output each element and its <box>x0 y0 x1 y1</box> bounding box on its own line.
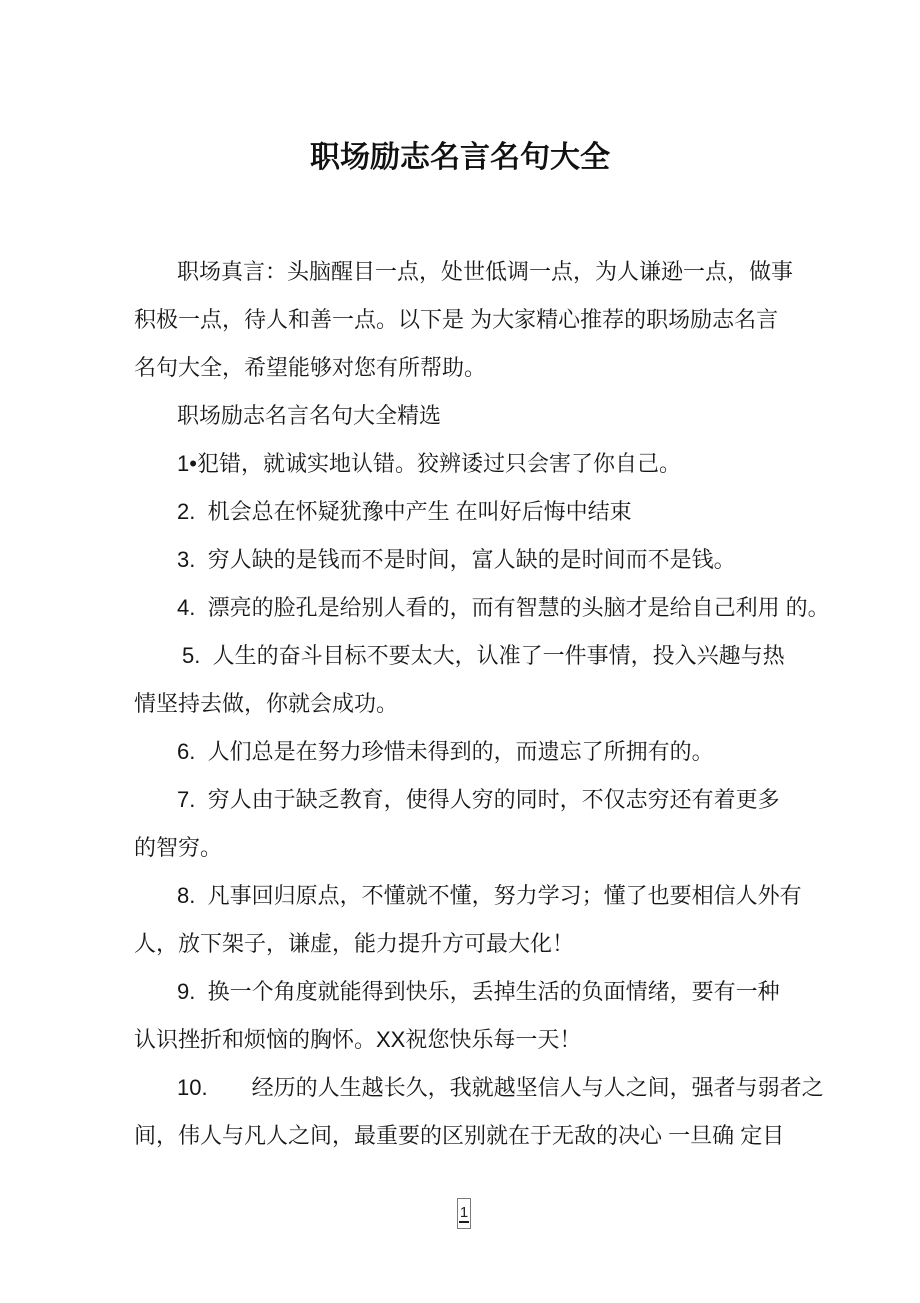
text-line: 7. 穷人由于缺乏教育，使得人穷的同时，不仅志穷还有着更多 <box>134 776 824 824</box>
page-title: 职场励志名言名句大全 <box>0 138 920 178</box>
text-line: 1•犯错，就诚实地认错。狡辨诿过只会害了你自己。 <box>134 440 824 488</box>
text-line: 6. 人们总是在努力珍惜未得到的，而遗忘了所拥有的。 <box>134 728 824 776</box>
text-line: 积极一点，待人和善一点。以下是 为大家精心推荐的职场励志名言 <box>134 296 824 344</box>
text-line: 3. 穷人缺的是钱而不是时间，富人缺的是时间而不是钱。 <box>134 536 824 584</box>
document-body: 职场真言：头脑醒目一点，处世低调一点，为人谦逊一点，做事积极一点，待人和善一点。… <box>134 248 824 1160</box>
text-line: 的智穷。 <box>134 824 824 872</box>
text-line: 情坚持去做，你就会成功。 <box>134 680 824 728</box>
text-line: 间，伟人与凡人之间，最重要的区别就在于无敌的决心 一旦确 定目 <box>134 1112 824 1160</box>
text-line: 4. 漂亮的脸孔是给别人看的，而有智慧的头脑才是给自己利用 的。 <box>134 584 824 632</box>
text-line: 人，放下架子，谦虚，能力提升方可最大化！ <box>134 920 824 968</box>
text-line: 10. 经历的人生越长久，我就越坚信人与人之间，强者与弱者之 <box>134 1064 824 1112</box>
text-line: 8. 凡事回归原点，不懂就不懂，努力学习；懂了也要相信人外有 <box>134 872 824 920</box>
text-line: 9. 换一个角度就能得到快乐，丢掉生活的负面情绪，要有一种 <box>134 968 824 1016</box>
text-line: 2. 机会总在怀疑犹豫中产生 在叫好后悔中结束 <box>134 488 824 536</box>
document-page: 职场励志名言名句大全 职场真言：头脑醒目一点，处世低调一点，为人谦逊一点，做事积… <box>0 0 920 1303</box>
text-line: 5. 人生的奋斗目标不要太大，认准了一件事情，投入兴趣与热 <box>134 632 824 680</box>
text-line: 职场励志名言名句大全精选 <box>134 392 824 440</box>
text-line: 名句大全，希望能够对您有所帮助。 <box>134 344 824 392</box>
text-line: 职场真言：头脑醒目一点，处世低调一点，为人谦逊一点，做事 <box>134 248 824 296</box>
page-number: 1 <box>459 1205 469 1223</box>
page-number-frame: 1 <box>457 1198 471 1229</box>
text-line: 认识挫折和烦恼的胸怀。XX祝您快乐每一天！ <box>134 1016 824 1064</box>
